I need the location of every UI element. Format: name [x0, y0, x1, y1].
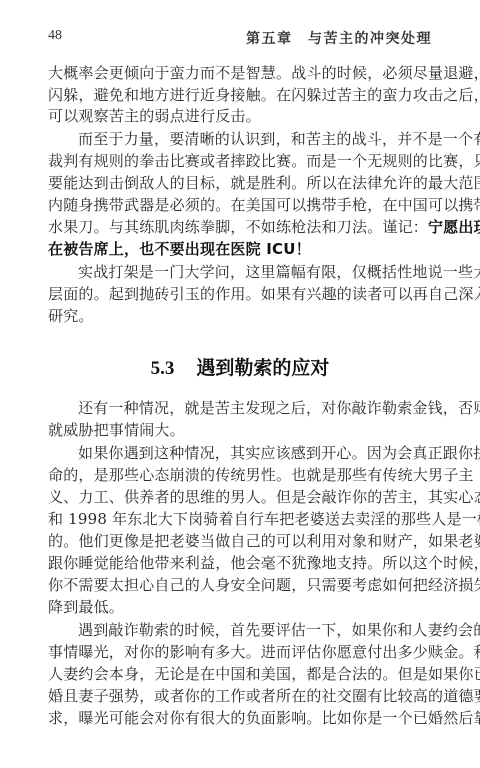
- section-title: 遇到勒索的应对: [196, 357, 329, 379]
- body-line: 命的，是那些心态崩溃的传统男性。也就是那些有传统大男子主: [48, 465, 432, 486]
- running-header: 48 第五章 与苦主的冲突处理: [48, 28, 432, 48]
- chapter-title: 第五章 与苦主的冲突处理: [246, 28, 432, 48]
- body-line: 研究。: [48, 306, 432, 327]
- body-line: 婚且妻子强势，或者你的工作或者所在的社交圈有比较高的道德要: [48, 686, 432, 707]
- body-line: 事情曝光，对你的影响有多大。进而评估你愿意付出多少赎金。和: [48, 642, 432, 663]
- body-line: 要能达到击倒敌人的目标，就是胜利。所以在法律允许的最大范围: [48, 173, 432, 194]
- body-line: 闪躲，避免和地方进行近身接触。在闪躲过苦主的蛮力攻击之后，: [48, 85, 432, 106]
- body-line: 可以观察苦主的弱点进行反击。: [48, 106, 432, 127]
- body-line: 内随身携带武器是必须的。在美国可以携带手枪，在中国可以携带: [48, 195, 432, 216]
- body-line: 水果刀。与其练肌肉练拳脚，不如练枪法和刀法。谨记：宁愿出现: [48, 217, 432, 238]
- body-line: 的。他们更像是把老婆当做自己的可以利用对象和财产，如果老婆: [48, 531, 432, 552]
- body-line: 义、力工、供养者的思维的男人。但是会敲诈你的苦主，其实心态: [48, 487, 432, 508]
- emphasis-text: 在被告席上，也不要出现在医院 ICU！: [48, 240, 311, 258]
- body-line: 求，曝光可能会对你有很大的负面影响。比如你是一个已婚然后靠: [48, 708, 432, 729]
- body-line: 还有一种情况，就是苦主发现之后，对你敲诈勒索金钱，否则: [78, 398, 432, 419]
- body-line: 在被告席上，也不要出现在医院 ICU！: [48, 239, 432, 260]
- body-line: 层面的。起到抛砖引玉的作用。如果有兴趣的读者可以再自己深入: [48, 284, 432, 305]
- body-line: 就威胁把事情闹大。: [48, 420, 432, 441]
- body-line: 和 1998 年东北大下岗骑着自行车把老婆送去卖淫的那些人是一样: [48, 509, 432, 530]
- body-line: 大概率会更倾向于蛮力而不是智慧。战斗的时候，必须尽量退避，: [48, 63, 432, 84]
- section-number: 5.3: [151, 358, 175, 379]
- body-line: 如果你遇到这种情况，其实应该感到开心。因为会真正跟你拼: [78, 443, 432, 464]
- body-line: 降到最低。: [48, 597, 432, 618]
- body-line: 你不需要太担心自己的人身安全问题，只需要考虑如何把经济损失: [48, 575, 432, 596]
- body-line: 裁判有规则的拳击比赛或者摔跤比赛。而是一个无规则的比赛，只: [48, 151, 432, 172]
- page-number: 48: [48, 28, 62, 44]
- body-line: 而至于力量，要清晰的认识到，和苦主的战斗，并不是一个有: [78, 129, 432, 150]
- body-line: 遇到敲诈勒索的时候，首先要评估一下，如果你和人妻约会的: [78, 620, 432, 641]
- book-page: 48 第五章 与苦主的冲突处理 大概率会更倾向于蛮力而不是智慧。战斗的时候，必须…: [0, 0, 480, 768]
- section-heading: 5.3遇到勒索的应对: [0, 353, 480, 380]
- body-line: 实战打架是一门大学问，这里篇幅有限，仅概括性地说一些大: [78, 262, 432, 283]
- body-text: 水果刀。与其练肌肉练拳脚，不如练枪法和刀法。谨记：: [48, 218, 428, 236]
- emphasis-text: 宁愿出现: [428, 218, 480, 236]
- body-line: 人妻约会本身，无论是在中国和美国，都是合法的。但是如果你已: [48, 664, 432, 685]
- body-line: 跟你睡觉能给他带来利益，他会毫不犹豫地支持。所以这个时候，: [48, 553, 432, 574]
